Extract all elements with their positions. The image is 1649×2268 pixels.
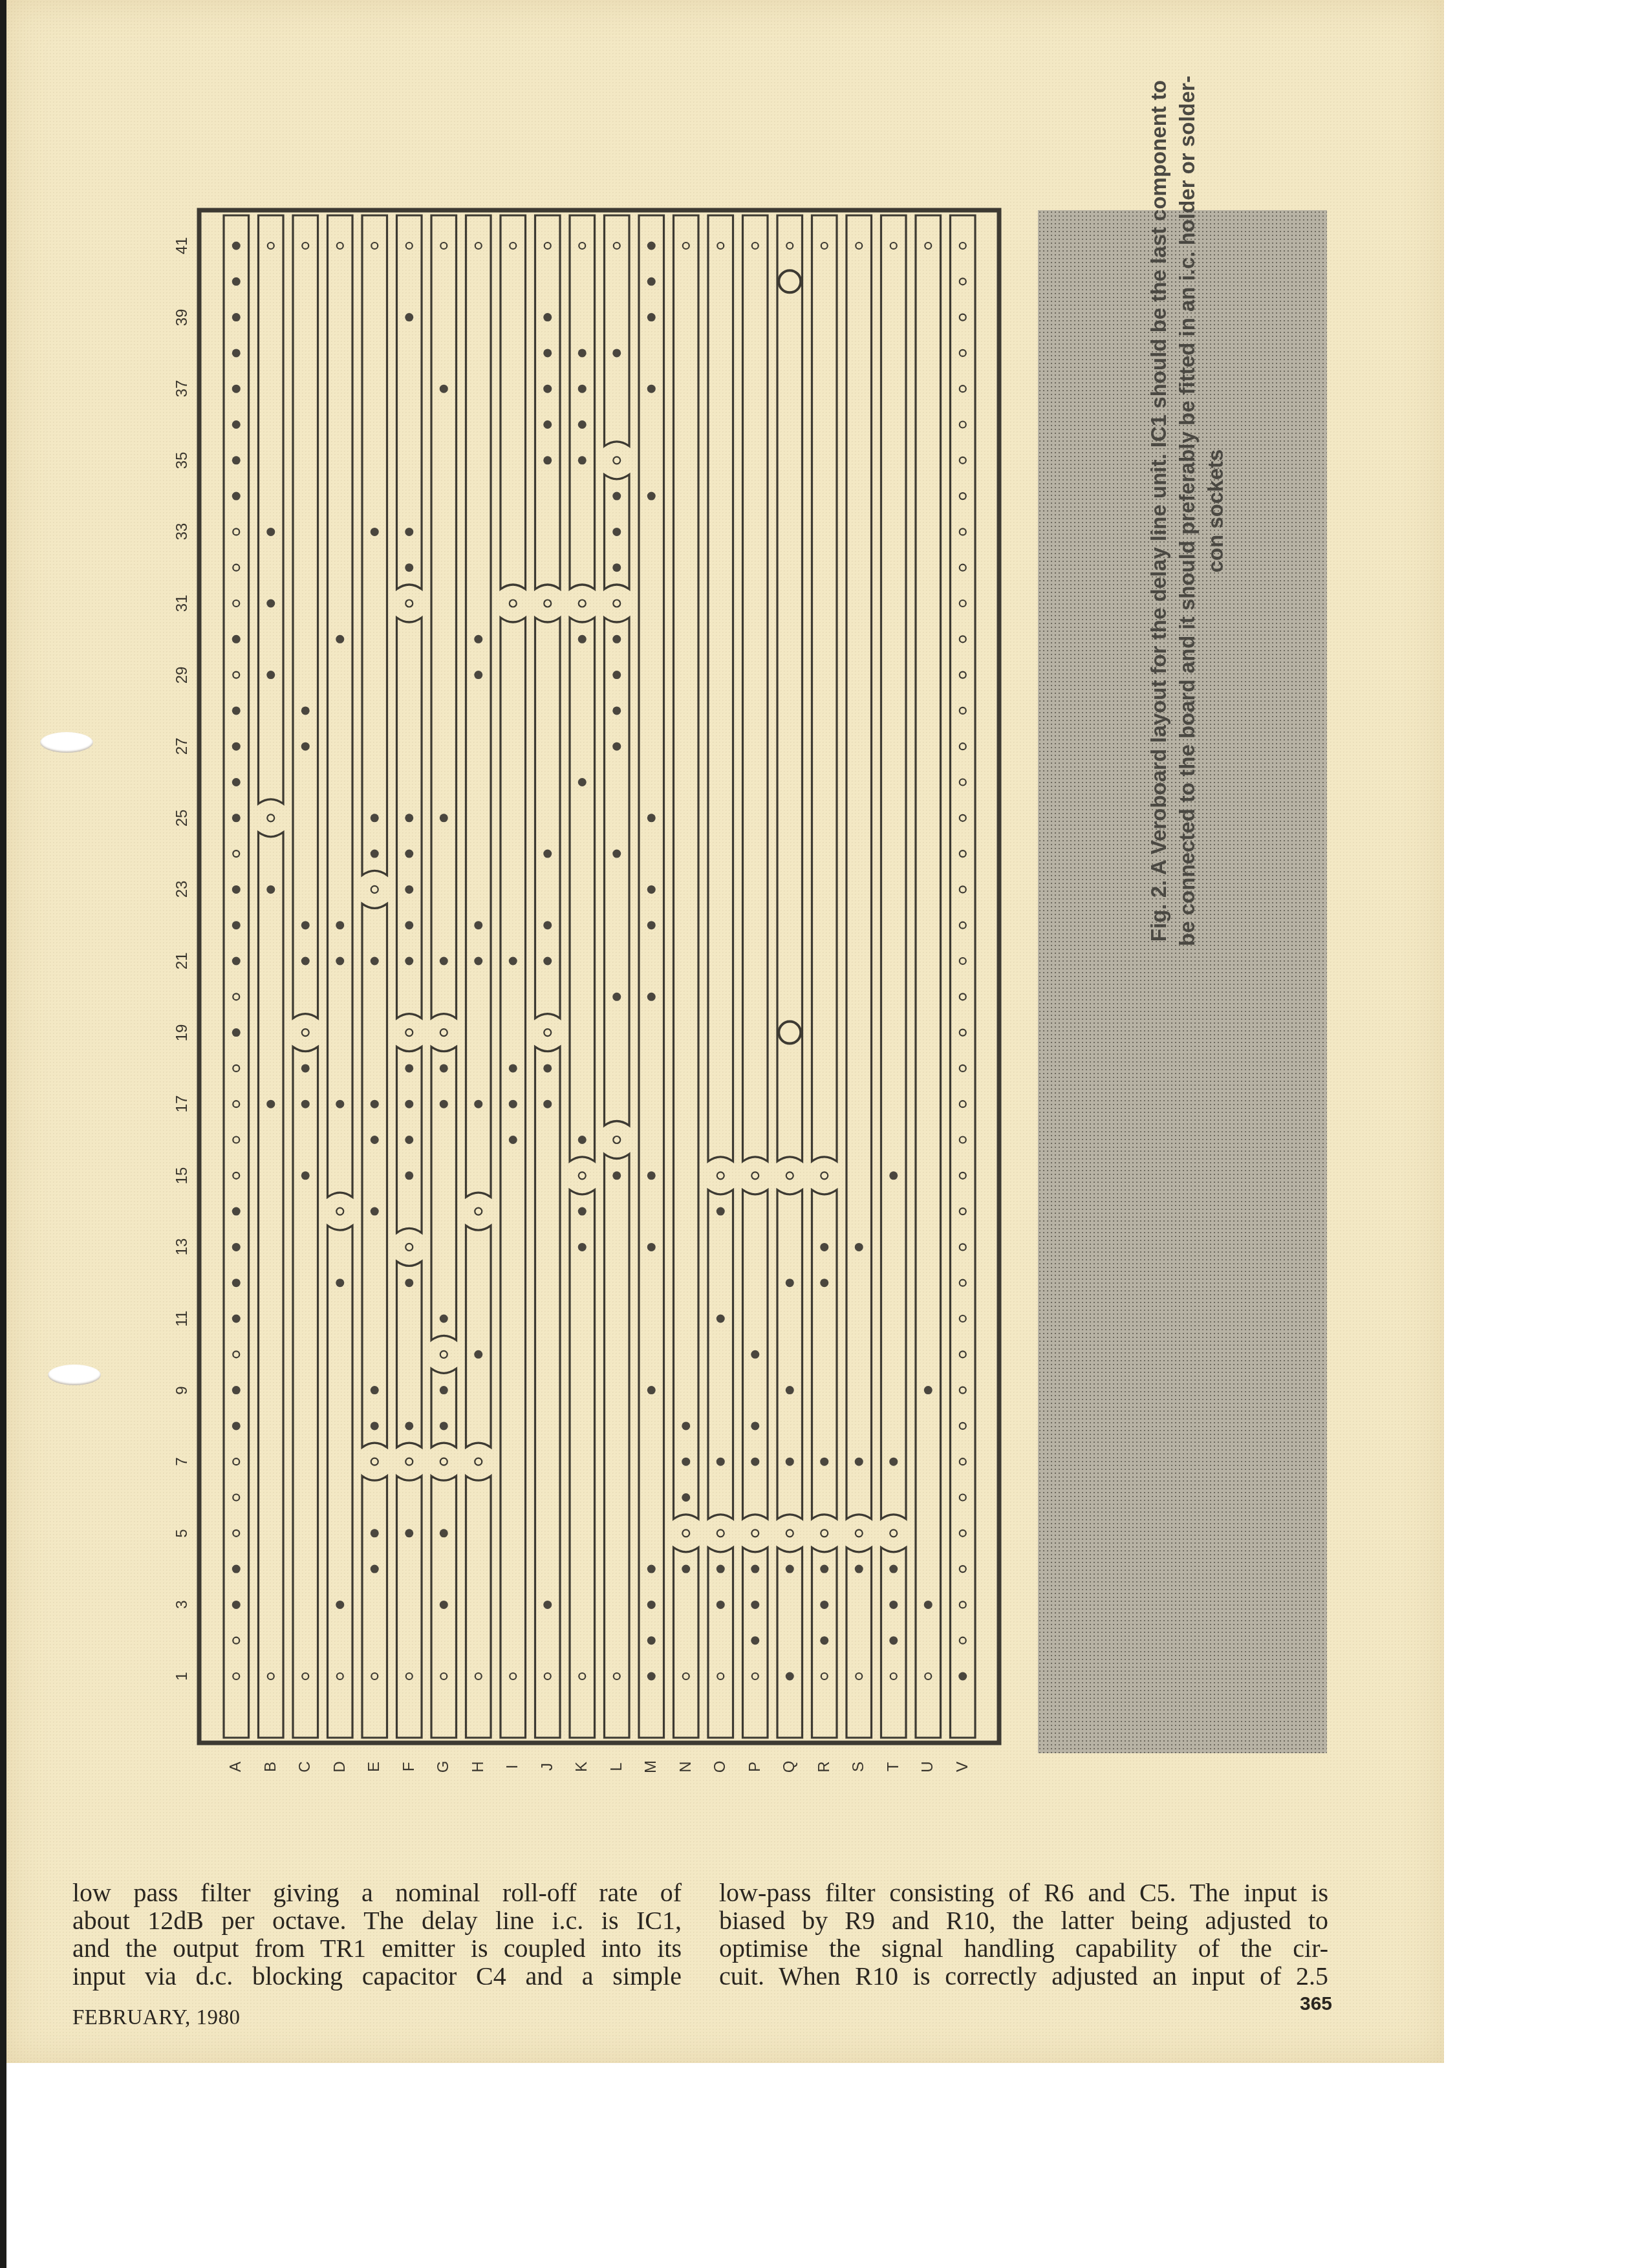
solder-point bbox=[405, 814, 413, 822]
strip-label: T bbox=[885, 1757, 903, 1777]
solder-point bbox=[266, 1100, 275, 1108]
solder-point bbox=[855, 1243, 863, 1251]
empty-hole bbox=[233, 1637, 239, 1644]
copper-strip-K bbox=[570, 215, 595, 589]
solder-point bbox=[232, 1421, 241, 1430]
copper-strip-F bbox=[397, 1476, 422, 1738]
empty-hole bbox=[960, 1280, 966, 1286]
solder-point bbox=[578, 349, 587, 357]
solder-point bbox=[751, 1636, 759, 1645]
solder-point bbox=[266, 885, 275, 894]
empty-hole bbox=[960, 493, 966, 499]
solder-point bbox=[889, 1171, 898, 1180]
empty-hole bbox=[614, 243, 620, 249]
copper-strip-Q bbox=[777, 1548, 803, 1738]
strip-label: C bbox=[296, 1757, 314, 1777]
row-label: 3 bbox=[173, 1592, 191, 1617]
track-break-F7 bbox=[405, 1458, 413, 1465]
row-label: 33 bbox=[173, 519, 191, 545]
solder-point bbox=[647, 385, 656, 393]
solder-point bbox=[924, 1386, 932, 1394]
empty-hole bbox=[960, 1637, 966, 1644]
solder-point bbox=[371, 814, 379, 822]
solder-point bbox=[647, 1243, 656, 1251]
empty-hole bbox=[752, 243, 759, 249]
solder-point bbox=[578, 778, 587, 786]
solder-point bbox=[440, 1100, 448, 1108]
solder-point bbox=[232, 313, 241, 321]
solder-point bbox=[301, 742, 310, 751]
text-line: about 12dB per octave. The delay line i.… bbox=[72, 1906, 682, 1934]
solder-point bbox=[232, 957, 241, 966]
track-break-R5 bbox=[821, 1529, 828, 1537]
empty-hole bbox=[960, 922, 966, 929]
solder-point bbox=[232, 1207, 241, 1216]
copper-strip-C bbox=[293, 215, 318, 1019]
solder-point bbox=[474, 957, 482, 966]
solder-point bbox=[647, 993, 656, 1001]
solder-point bbox=[647, 1601, 656, 1609]
caption-line-3: con sockets bbox=[1202, 26, 1230, 996]
empty-hole bbox=[856, 1673, 862, 1679]
solder-point bbox=[924, 1601, 932, 1609]
row-label: 7 bbox=[173, 1449, 191, 1474]
empty-hole bbox=[960, 528, 966, 535]
empty-hole bbox=[960, 565, 966, 571]
solder-point bbox=[440, 1064, 448, 1072]
empty-hole bbox=[717, 243, 724, 249]
track-break-F13 bbox=[405, 1244, 413, 1251]
solder-point bbox=[889, 1601, 898, 1609]
strip-label: F bbox=[400, 1757, 418, 1777]
empty-hole bbox=[406, 243, 413, 249]
empty-hole bbox=[233, 1530, 239, 1537]
empty-hole bbox=[233, 850, 239, 857]
solder-point bbox=[717, 1565, 725, 1573]
copper-strip-A bbox=[224, 215, 249, 1738]
empty-hole bbox=[960, 1315, 966, 1322]
solder-point bbox=[440, 1315, 448, 1323]
row-label: 15 bbox=[173, 1163, 191, 1189]
row-label: 29 bbox=[173, 662, 191, 688]
solder-point bbox=[889, 1565, 898, 1573]
copper-strip-J bbox=[535, 1047, 561, 1738]
solder-point bbox=[751, 1601, 759, 1609]
row-label: 5 bbox=[173, 1520, 191, 1546]
empty-hole bbox=[440, 1673, 447, 1679]
solder-point bbox=[371, 528, 379, 536]
track-break-J31 bbox=[544, 600, 551, 607]
empty-hole bbox=[821, 1673, 828, 1679]
empty-hole bbox=[960, 1065, 966, 1072]
copper-strip-N bbox=[674, 215, 699, 1519]
solder-point bbox=[371, 1136, 379, 1144]
empty-hole bbox=[302, 1673, 308, 1679]
copper-strip-L bbox=[605, 1154, 630, 1738]
solder-point bbox=[751, 1350, 759, 1359]
track-break-P5 bbox=[751, 1529, 759, 1537]
row-label: 19 bbox=[173, 1020, 191, 1046]
solder-point bbox=[647, 1636, 656, 1645]
solder-point bbox=[543, 1064, 552, 1072]
strip-label: H bbox=[469, 1757, 488, 1777]
solder-point bbox=[232, 492, 241, 501]
mounting-hole bbox=[779, 270, 801, 292]
solder-point bbox=[405, 885, 413, 894]
solder-point bbox=[405, 850, 413, 858]
empty-hole bbox=[960, 278, 966, 285]
solder-point bbox=[543, 420, 552, 429]
copper-strip-B bbox=[259, 832, 284, 1738]
copper-strip-S bbox=[846, 1548, 872, 1738]
copper-strip-S bbox=[846, 215, 872, 1519]
solder-point bbox=[266, 528, 275, 536]
solder-point bbox=[717, 1601, 725, 1609]
solder-point bbox=[232, 706, 241, 715]
solder-point bbox=[786, 1279, 794, 1287]
strip-label: S bbox=[850, 1757, 868, 1777]
strip-label: M bbox=[642, 1757, 660, 1777]
copper-strip-I bbox=[501, 618, 526, 1738]
strip-label: G bbox=[435, 1757, 453, 1777]
row-label: 21 bbox=[173, 948, 191, 974]
copper-strip-E bbox=[362, 215, 387, 875]
solder-point bbox=[751, 1458, 759, 1466]
solder-point bbox=[612, 671, 621, 679]
solder-point bbox=[543, 385, 552, 393]
solder-point bbox=[232, 1565, 241, 1573]
solder-point bbox=[474, 635, 482, 643]
strip-label: E bbox=[365, 1757, 383, 1777]
copper-strip-J bbox=[535, 215, 561, 589]
solder-point bbox=[647, 1565, 656, 1573]
copper-strip-Q bbox=[777, 1190, 803, 1519]
solder-point bbox=[405, 1136, 413, 1144]
strip-label: P bbox=[746, 1757, 764, 1777]
solder-point bbox=[232, 1315, 241, 1323]
empty-hole bbox=[960, 457, 966, 464]
track-break-G10 bbox=[440, 1351, 447, 1358]
solder-point bbox=[232, 778, 241, 786]
empty-hole bbox=[233, 600, 239, 607]
solder-point bbox=[371, 1207, 379, 1216]
copper-strip-R bbox=[812, 215, 837, 1161]
empty-hole bbox=[960, 636, 966, 642]
track-break-F31 bbox=[405, 600, 413, 607]
strip-label: N bbox=[677, 1757, 695, 1777]
row-label: 41 bbox=[173, 233, 191, 259]
solder-point bbox=[786, 1458, 794, 1466]
strip-label: U bbox=[919, 1757, 937, 1777]
solder-point bbox=[543, 850, 552, 858]
solder-point bbox=[336, 921, 344, 929]
empty-hole bbox=[960, 1530, 966, 1537]
solder-point bbox=[301, 706, 310, 715]
copper-strip-G bbox=[431, 215, 457, 1019]
track-break-Q5 bbox=[786, 1529, 793, 1537]
copper-strip-F bbox=[397, 1261, 422, 1447]
solder-point bbox=[232, 1279, 241, 1287]
empty-hole bbox=[683, 1673, 689, 1679]
empty-hole bbox=[233, 528, 239, 535]
empty-hole bbox=[960, 886, 966, 892]
solder-point bbox=[232, 635, 241, 643]
empty-hole bbox=[960, 993, 966, 1000]
solder-point bbox=[958, 1672, 967, 1681]
copper-strip-C bbox=[293, 1047, 318, 1738]
solder-point bbox=[612, 993, 621, 1001]
copper-strip-L bbox=[605, 618, 630, 1126]
empty-hole bbox=[960, 600, 966, 607]
caption-line-1: Fig. 2. A Veroboard layout for the delay… bbox=[1145, 26, 1173, 996]
track-break-E23 bbox=[371, 886, 378, 893]
empty-hole bbox=[752, 1673, 759, 1679]
solder-point bbox=[371, 1100, 379, 1108]
board-outline bbox=[199, 210, 999, 1743]
empty-hole bbox=[960, 1172, 966, 1179]
solder-point bbox=[405, 1064, 413, 1072]
empty-hole bbox=[510, 1673, 516, 1679]
empty-hole bbox=[337, 1673, 343, 1679]
solder-point bbox=[578, 385, 587, 393]
solder-point bbox=[336, 635, 344, 643]
solder-point bbox=[474, 921, 482, 929]
solder-point bbox=[440, 1601, 448, 1609]
copper-strip-N bbox=[674, 1548, 699, 1738]
text-line: low pass filter giving a nominal roll-of… bbox=[72, 1879, 682, 1906]
mounting-hole bbox=[779, 1022, 801, 1044]
copper-strip-Q bbox=[777, 215, 803, 1161]
text-line: and the output from TR1 emitter is coupl… bbox=[72, 1934, 682, 1962]
track-break-N5 bbox=[682, 1529, 689, 1537]
solder-point bbox=[232, 277, 241, 286]
copper-strip-H bbox=[466, 215, 491, 1197]
empty-hole bbox=[302, 243, 308, 249]
empty-hole bbox=[233, 1458, 239, 1465]
track-break-T5 bbox=[890, 1529, 897, 1537]
solder-point bbox=[371, 1421, 379, 1430]
track-break-L35 bbox=[613, 457, 620, 464]
empty-hole bbox=[544, 243, 551, 249]
row-label: 31 bbox=[173, 590, 191, 616]
empty-hole bbox=[960, 1387, 966, 1394]
solder-point bbox=[509, 1136, 517, 1144]
solder-point bbox=[509, 957, 517, 966]
row-label: 17 bbox=[173, 1091, 191, 1117]
solder-point bbox=[612, 635, 621, 643]
solder-point bbox=[474, 1350, 482, 1359]
empty-hole bbox=[960, 1495, 966, 1501]
empty-hole bbox=[960, 707, 966, 714]
solder-point bbox=[717, 1315, 725, 1323]
solder-point bbox=[647, 313, 656, 321]
solder-point bbox=[612, 706, 621, 715]
solder-point bbox=[232, 1028, 241, 1037]
solder-point bbox=[612, 349, 621, 357]
row-label: 23 bbox=[173, 876, 191, 902]
solder-point bbox=[232, 349, 241, 357]
solder-point bbox=[440, 814, 448, 822]
solder-point bbox=[717, 1458, 725, 1466]
solder-point bbox=[647, 277, 656, 286]
empty-hole bbox=[960, 815, 966, 821]
strip-label: O bbox=[711, 1757, 729, 1777]
empty-hole bbox=[925, 243, 931, 249]
track-break-B25 bbox=[267, 814, 274, 821]
empty-hole bbox=[786, 243, 793, 249]
solder-point bbox=[751, 1565, 759, 1573]
text-line: cuit. When R10 is correctly adjusted an … bbox=[719, 1962, 1328, 1990]
solder-point bbox=[543, 1601, 552, 1609]
strip-label: A bbox=[227, 1757, 245, 1777]
empty-hole bbox=[233, 565, 239, 571]
solder-point bbox=[509, 1100, 517, 1108]
track-break-F19 bbox=[405, 1029, 413, 1036]
empty-hole bbox=[614, 1673, 620, 1679]
empty-hole bbox=[960, 1101, 966, 1107]
solder-point bbox=[232, 742, 241, 751]
copper-strip-K bbox=[570, 618, 595, 1161]
solder-point bbox=[612, 563, 621, 572]
empty-hole bbox=[233, 1495, 239, 1501]
copper-strip-M bbox=[639, 215, 664, 1738]
text-line: low-pass filter consisting of R6 and C5.… bbox=[719, 1879, 1328, 1906]
solder-point bbox=[371, 1386, 379, 1394]
solder-point bbox=[232, 1386, 241, 1394]
empty-hole bbox=[960, 243, 966, 249]
empty-hole bbox=[544, 1673, 551, 1679]
solder-point bbox=[647, 921, 656, 929]
copper-strip-H bbox=[466, 1476, 491, 1738]
copper-strip-B bbox=[259, 215, 284, 804]
solder-point bbox=[336, 957, 344, 966]
solder-point bbox=[301, 1171, 310, 1180]
page-number: 365 bbox=[1300, 1993, 1332, 2015]
solder-point bbox=[232, 1243, 241, 1251]
track-break-J19 bbox=[544, 1029, 551, 1036]
empty-hole bbox=[683, 243, 689, 249]
solder-point bbox=[232, 456, 241, 464]
solder-point bbox=[440, 957, 448, 966]
empty-hole bbox=[475, 243, 482, 249]
empty-hole bbox=[960, 1351, 966, 1357]
solder-point bbox=[751, 1421, 759, 1430]
empty-hole bbox=[821, 243, 828, 249]
solder-point bbox=[889, 1458, 898, 1466]
row-label: 37 bbox=[173, 376, 191, 402]
solder-point bbox=[405, 1421, 413, 1430]
empty-hole bbox=[960, 779, 966, 786]
solder-point bbox=[578, 1136, 587, 1144]
solder-point bbox=[405, 1279, 413, 1287]
solder-point bbox=[405, 1100, 413, 1108]
solder-point bbox=[266, 599, 275, 608]
solder-point bbox=[371, 1565, 379, 1573]
empty-hole bbox=[890, 1673, 897, 1679]
empty-hole bbox=[233, 993, 239, 1000]
empty-hole bbox=[406, 1673, 413, 1679]
empty-hole bbox=[960, 1244, 966, 1250]
empty-hole bbox=[856, 243, 862, 249]
empty-hole bbox=[960, 743, 966, 750]
solder-point bbox=[820, 1601, 828, 1609]
solder-point bbox=[474, 1100, 482, 1108]
solder-point bbox=[543, 313, 552, 321]
row-label: 27 bbox=[173, 733, 191, 759]
solder-point bbox=[336, 1279, 344, 1287]
track-break-R15 bbox=[821, 1172, 828, 1179]
copper-strip-O bbox=[708, 215, 733, 1161]
solder-point bbox=[266, 671, 275, 679]
solder-point bbox=[647, 1672, 656, 1681]
empty-hole bbox=[960, 958, 966, 964]
solder-point bbox=[543, 456, 552, 464]
strip-label: K bbox=[573, 1757, 591, 1777]
empty-hole bbox=[960, 350, 966, 356]
solder-point bbox=[405, 563, 413, 572]
solder-point bbox=[405, 957, 413, 966]
copper-strip-R bbox=[812, 1190, 837, 1519]
empty-hole bbox=[579, 243, 585, 249]
empty-hole bbox=[890, 243, 897, 249]
strip-label: J bbox=[539, 1757, 557, 1777]
solder-point bbox=[336, 1100, 344, 1108]
track-break-S5 bbox=[856, 1529, 863, 1537]
solder-point bbox=[578, 456, 587, 464]
solder-point bbox=[232, 921, 241, 929]
solder-point bbox=[647, 1386, 656, 1394]
track-break-K15 bbox=[579, 1172, 586, 1179]
track-break-D14 bbox=[336, 1208, 343, 1215]
solder-point bbox=[543, 1100, 552, 1108]
solder-point bbox=[578, 1207, 587, 1216]
empty-hole bbox=[371, 243, 378, 249]
solder-point bbox=[232, 814, 241, 822]
empty-hole bbox=[233, 1351, 239, 1357]
copper-strip-D bbox=[328, 1226, 353, 1738]
solder-point bbox=[612, 850, 621, 858]
empty-hole bbox=[960, 422, 966, 428]
solder-point bbox=[405, 1171, 413, 1180]
copper-strip-E bbox=[362, 903, 387, 1447]
solder-point bbox=[301, 921, 310, 929]
empty-hole bbox=[960, 1458, 966, 1465]
solder-point bbox=[371, 850, 379, 858]
solder-point bbox=[647, 1171, 656, 1180]
solder-point bbox=[301, 1100, 310, 1108]
empty-hole bbox=[960, 385, 966, 392]
empty-hole bbox=[960, 1137, 966, 1143]
copper-strip-V bbox=[951, 215, 976, 1738]
solder-point bbox=[440, 1386, 448, 1394]
solder-point bbox=[647, 885, 656, 894]
solder-point bbox=[543, 921, 552, 929]
solder-point bbox=[336, 1601, 344, 1609]
solder-point bbox=[820, 1243, 828, 1251]
copper-strip-L bbox=[605, 215, 630, 446]
copper-strip-D bbox=[328, 215, 353, 1197]
row-label: 35 bbox=[173, 448, 191, 473]
solder-point bbox=[578, 420, 587, 429]
solder-point bbox=[612, 528, 621, 536]
solder-point bbox=[682, 1421, 690, 1430]
empty-hole bbox=[960, 1601, 966, 1608]
row-label: 1 bbox=[173, 1663, 191, 1689]
copper-strip-O bbox=[708, 1548, 733, 1738]
solder-point bbox=[612, 492, 621, 501]
empty-hole bbox=[579, 1673, 585, 1679]
solder-point bbox=[543, 349, 552, 357]
